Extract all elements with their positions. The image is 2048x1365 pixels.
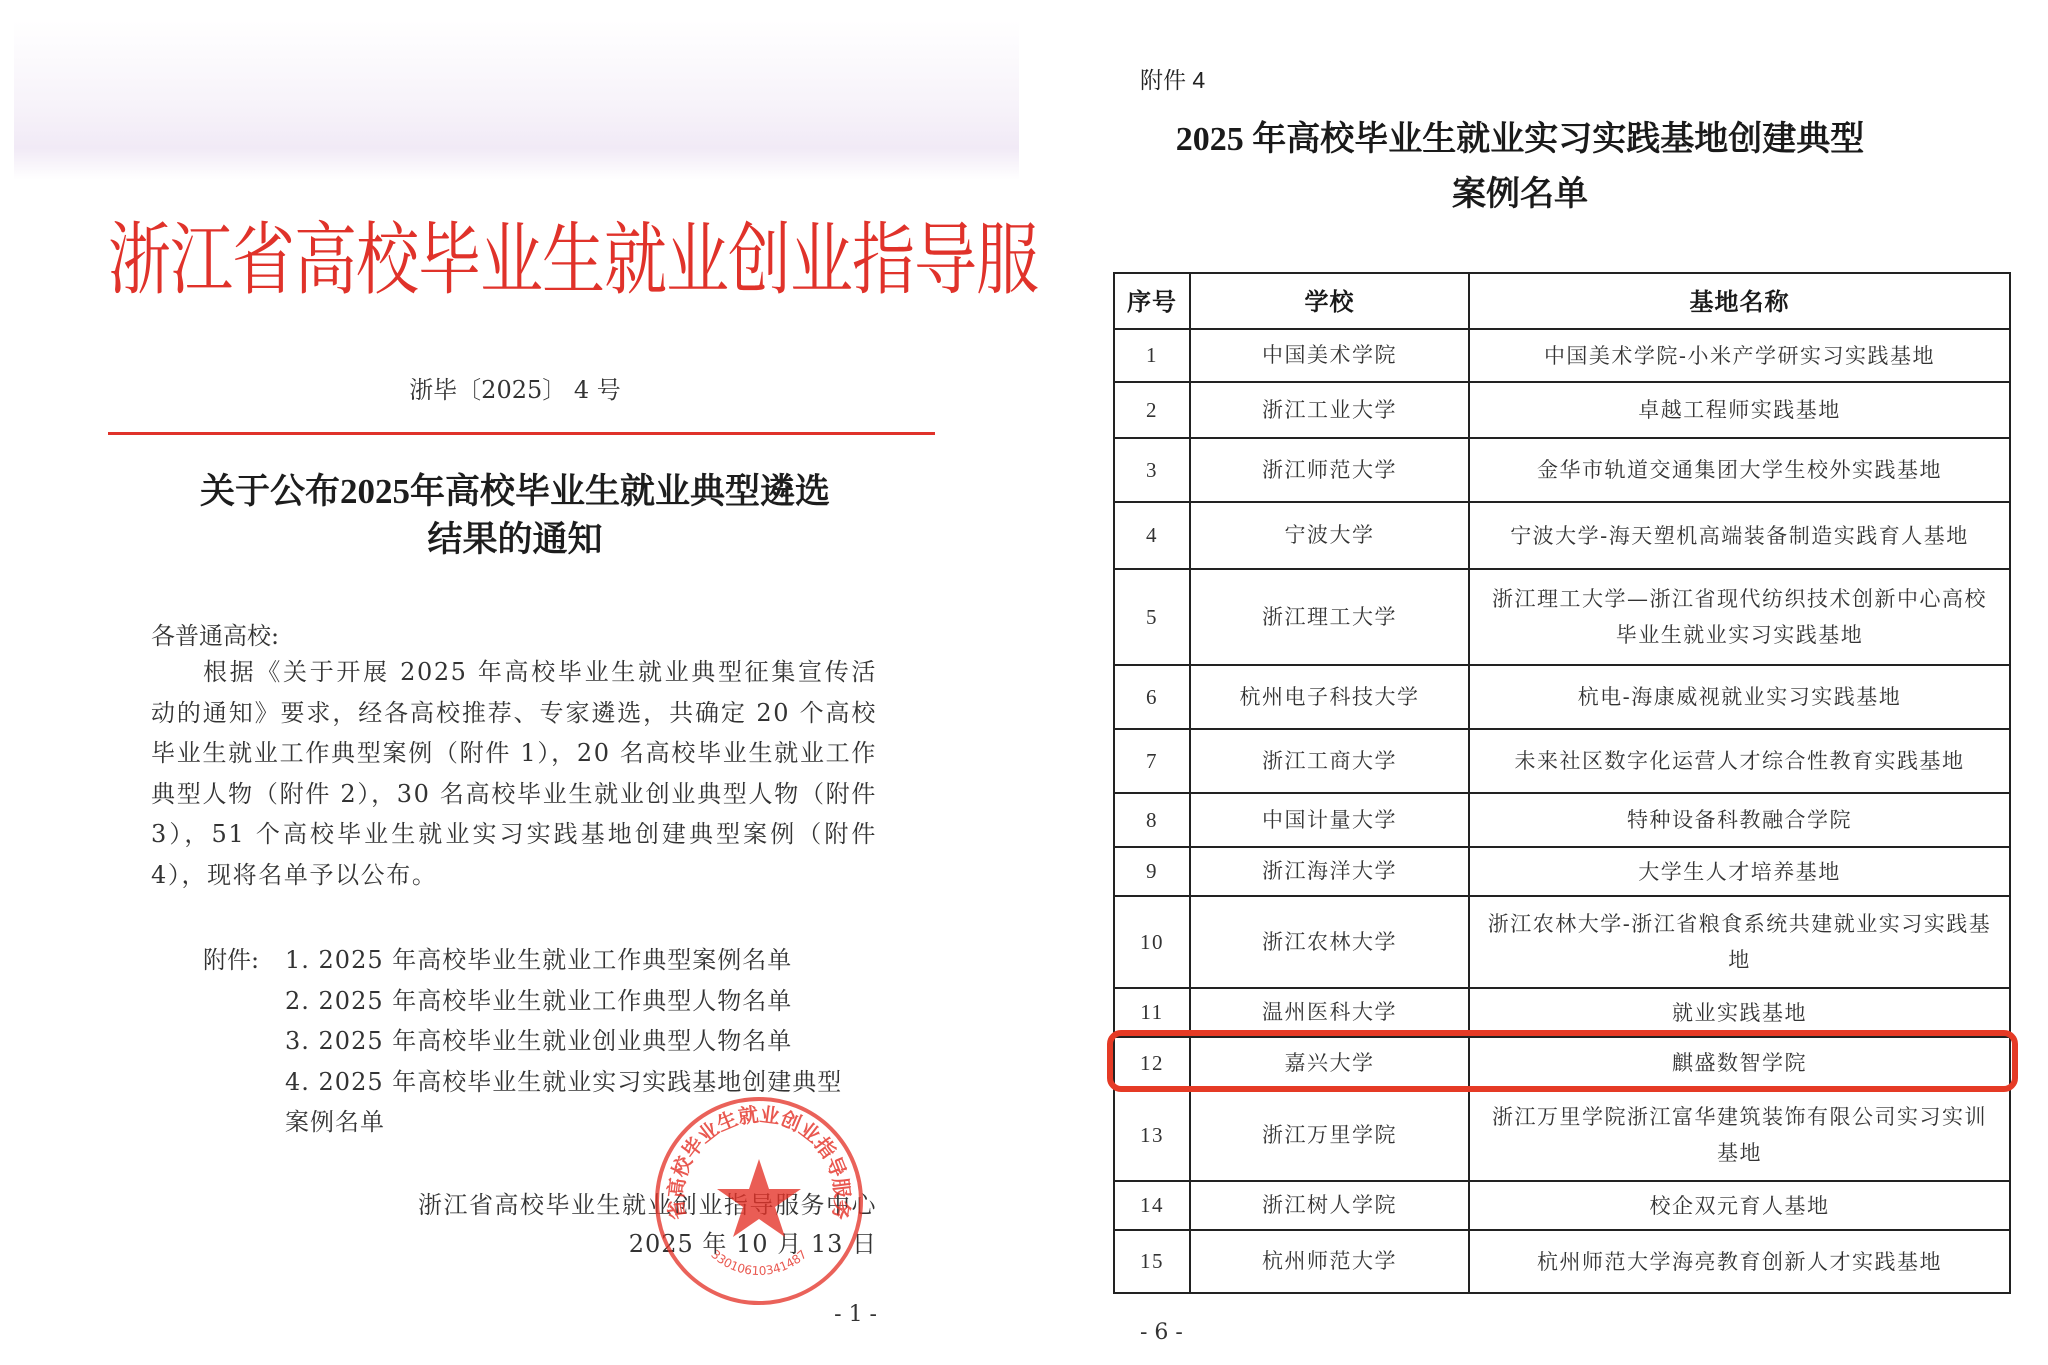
table-row: 15杭州师范大学杭州师范大学海亮教育创新人才实践基地	[1114, 1230, 2010, 1293]
attachment-item: 3. 2025 年高校毕业生就业创业典型人物名单	[285, 1021, 885, 1062]
table-row: 11温州医科大学就业实践基地	[1114, 988, 2010, 1037]
table-row: 6杭州电子科技大学杭电-海康威视就业实习实践基地	[1114, 665, 2010, 729]
svg-text:3301061034148​7: 3301061034148​7	[708, 1247, 809, 1278]
base-name: 宁波大学-海天塑机高端装备制造实践育人基地	[1469, 502, 2010, 569]
list-title-line-2: 案例名单	[1110, 167, 1930, 222]
school-name: 杭州电子科技大学	[1190, 665, 1469, 729]
row-number: 12	[1114, 1037, 1190, 1089]
salutation: 各普通高校:	[151, 616, 279, 651]
table-row: 1中国美术学院中国美术学院-小米产学研实习实践基地	[1114, 329, 2010, 382]
notice-page: 浙江省高校毕业生就业创业指导服务中心文件 浙毕〔2025〕 4 号 关于公布20…	[0, 0, 1040, 1365]
base-name: 未来社区数字化运营人才综合性教育实践基地	[1469, 729, 2010, 793]
school-name: 浙江师范大学	[1190, 438, 1469, 502]
row-number: 15	[1114, 1230, 1190, 1293]
base-name: 浙江万里学院浙江富华建筑装饰有限公司实习实训基地	[1469, 1089, 2010, 1181]
notice-title: 关于公布2025年高校毕业生就业典型遴选 结果的通知	[150, 468, 880, 564]
row-number: 9	[1114, 847, 1190, 896]
base-name: 浙江农林大学-浙江省粮食系统共建就业实习实践基地	[1469, 896, 2010, 988]
school-name: 浙江工业大学	[1190, 382, 1469, 438]
row-number: 1	[1114, 329, 1190, 382]
row-number: 5	[1114, 569, 1190, 665]
column-header-base-name: 基地名称	[1469, 273, 2010, 329]
row-number: 3	[1114, 438, 1190, 502]
page-number: - 6 -	[1140, 1320, 1183, 1345]
table-row: 5浙江理工大学浙江理工大学—浙江省现代纺织技术创新中心高校毕业生就业实习实践基地	[1114, 569, 2010, 665]
table-row: 12嘉兴大学麒盛数智学院	[1114, 1037, 2010, 1089]
notice-body: 根据《关于开展 2025 年高校毕业生就业典型征集宣传活动的通知》要求，经各高校…	[151, 652, 877, 895]
table-row: 2浙江工业大学卓越工程师实践基地	[1114, 382, 2010, 438]
column-header-number: 序号	[1114, 273, 1190, 329]
base-name: 金华市轨道交通集团大学生校外实践基地	[1469, 438, 2010, 502]
row-number: 10	[1114, 896, 1190, 988]
red-divider	[108, 432, 935, 435]
row-number: 11	[1114, 988, 1190, 1037]
table-header-row: 序号 学校 基地名称	[1114, 273, 2010, 329]
base-name: 中国美术学院-小米产学研实习实践基地	[1469, 329, 2010, 382]
base-name: 杭州师范大学海亮教育创新人才实践基地	[1469, 1230, 2010, 1293]
base-name: 麒盛数智学院	[1469, 1037, 2010, 1089]
table-row: 7浙江工商大学未来社区数字化运营人才综合性教育实践基地	[1114, 729, 2010, 793]
base-name: 校企双元育人基地	[1469, 1181, 2010, 1230]
seal-star-icon: 浙江省高校毕业生就业创业指导服务中心 3301061034148​7	[655, 1097, 863, 1305]
official-seal-icon: 浙江省高校毕业生就业创业指导服务中心 3301061034148​7	[655, 1097, 863, 1305]
school-name: 中国计量大学	[1190, 793, 1469, 847]
document-header: 浙江省高校毕业生就业创业指导服务中心文件	[108, 207, 935, 315]
page-number: - 1 -	[820, 1302, 877, 1327]
school-name: 浙江工商大学	[1190, 729, 1469, 793]
row-number: 14	[1114, 1181, 1190, 1230]
table-row: 13浙江万里学院浙江万里学院浙江富华建筑装饰有限公司实习实训基地	[1114, 1089, 2010, 1181]
list-title: 2025 年高校毕业生就业实习实践基地创建典型 案例名单	[1110, 112, 1930, 222]
base-name: 杭电-海康威视就业实习实践基地	[1469, 665, 2010, 729]
school-name: 浙江万里学院	[1190, 1089, 1469, 1181]
table-row: 14浙江树人学院校企双元育人基地	[1114, 1181, 2010, 1230]
row-number: 13	[1114, 1089, 1190, 1181]
school-name: 温州医科大学	[1190, 988, 1469, 1037]
school-name: 中国美术学院	[1190, 329, 1469, 382]
table-row: 10浙江农林大学浙江农林大学-浙江省粮食系统共建就业实习实践基地	[1114, 896, 2010, 988]
table-row: 3浙江师范大学金华市轨道交通集团大学生校外实践基地	[1114, 438, 2010, 502]
attachment-item: 2. 2025 年高校毕业生就业工作典型人物名单	[285, 981, 885, 1022]
list-title-line-1: 2025 年高校毕业生就业实习实践基地创建典型	[1110, 112, 1930, 167]
school-name: 杭州师范大学	[1190, 1230, 1469, 1293]
table-row: 8中国计量大学特种设备科教融合学院	[1114, 793, 2010, 847]
table-row: 9浙江海洋大学大学生人才培养基地	[1114, 847, 2010, 896]
row-number: 2	[1114, 382, 1190, 438]
scan-artifact	[14, 20, 1019, 180]
base-name: 浙江理工大学—浙江省现代纺织技术创新中心高校毕业生就业实习实践基地	[1469, 569, 2010, 665]
school-name: 浙江海洋大学	[1190, 847, 1469, 896]
row-number: 8	[1114, 793, 1190, 847]
attachments-label: 附件:	[203, 940, 259, 975]
base-name: 就业实践基地	[1469, 988, 2010, 1037]
row-number: 4	[1114, 502, 1190, 569]
table-row: 4宁波大学宁波大学-海天塑机高端装备制造实践育人基地	[1114, 502, 2010, 569]
annex-label: 附件 4	[1140, 62, 1205, 95]
column-header-school: 学校	[1190, 273, 1469, 329]
base-name: 大学生人才培养基地	[1469, 847, 2010, 896]
school-name: 宁波大学	[1190, 502, 1469, 569]
school-name: 嘉兴大学	[1190, 1037, 1469, 1089]
base-name: 卓越工程师实践基地	[1469, 382, 2010, 438]
notice-title-line-1: 关于公布2025年高校毕业生就业典型遴选	[150, 468, 880, 516]
school-name: 浙江树人学院	[1190, 1181, 1469, 1230]
row-number: 6	[1114, 665, 1190, 729]
practice-base-table: 序号 学校 基地名称 1中国美术学院中国美术学院-小米产学研实习实践基地2浙江工…	[1113, 272, 2011, 1294]
notice-title-line-2: 结果的通知	[150, 516, 880, 564]
base-name: 特种设备科教融合学院	[1469, 793, 2010, 847]
attachment-item: 1. 2025 年高校毕业生就业工作典型案例名单	[285, 940, 885, 981]
document-number: 浙毕〔2025〕 4 号	[400, 370, 630, 405]
row-number: 7	[1114, 729, 1190, 793]
school-name: 浙江农林大学	[1190, 896, 1469, 988]
school-name: 浙江理工大学	[1190, 569, 1469, 665]
